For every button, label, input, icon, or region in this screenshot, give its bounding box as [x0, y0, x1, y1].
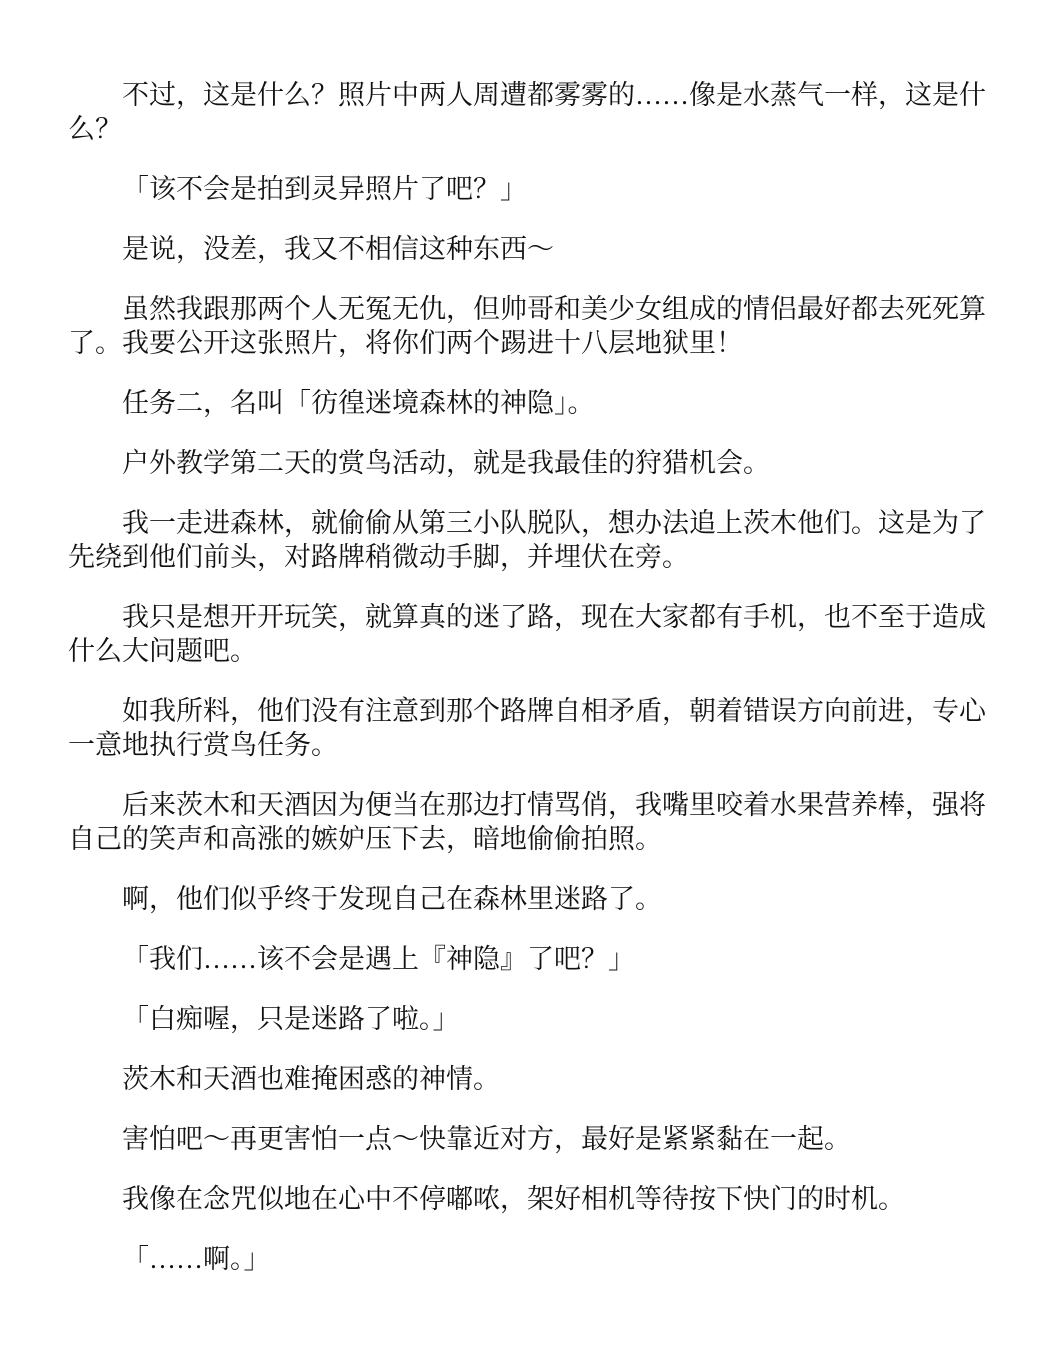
paragraph: 啊，他们似乎终于发现自己在森林里迷路了。: [68, 882, 986, 916]
paragraph: 后来茨木和天酒因为便当在那边打情骂俏，我嘴里咬着水果营养棒，强将自己的笑声和高涨…: [68, 788, 986, 856]
paragraph: 我像在念咒似地在心中不停嘟哝，架好相机等待按下快门的时机。: [68, 1182, 986, 1216]
paragraph: 「……啊。」: [68, 1242, 986, 1276]
ebook-page: 不过，这是什么？照片中两人周遭都雾雾的……像是水蒸气一样，这是什么？ 「该不会是…: [0, 0, 1046, 1354]
paragraph: 是说，没差，我又不相信这种东西～: [68, 232, 986, 266]
paragraph: 茨木和天酒也难掩困惑的神情。: [68, 1062, 986, 1096]
paragraph: 「白痴喔，只是迷路了啦。」: [68, 1002, 986, 1036]
paragraph: 任务二，名叫「彷徨迷境森林的神隐」。: [68, 386, 986, 420]
paragraph: 虽然我跟那两个人无冤无仇，但帅哥和美少女组成的情侣最好都去死死算了。我要公开这张…: [68, 292, 986, 360]
paragraph: 如我所料，他们没有注意到那个路牌自相矛盾，朝着错误方向前进，专心一意地执行赏鸟任…: [68, 694, 986, 762]
paragraph: 我一走进森林，就偷偷从第三小队脱队，想办法追上茨木他们。这是为了先绕到他们前头，…: [68, 506, 986, 574]
novel-text-block: 不过，这是什么？照片中两人周遭都雾雾的……像是水蒸气一样，这是什么？ 「该不会是…: [68, 78, 986, 1276]
paragraph: 害怕吧～再更害怕一点～快靠近对方，最好是紧紧黏在一起。: [68, 1122, 986, 1156]
paragraph: 「我们……该不会是遇上『神隐』了吧？」: [68, 942, 986, 976]
paragraph: 「该不会是拍到灵异照片了吧？」: [68, 172, 986, 206]
paragraph: 不过，这是什么？照片中两人周遭都雾雾的……像是水蒸气一样，这是什么？: [68, 78, 986, 146]
paragraph: 我只是想开开玩笑，就算真的迷了路，现在大家都有手机，也不至于造成什么大问题吧。: [68, 600, 986, 668]
paragraph: 户外教学第二天的赏鸟活动，就是我最佳的狩猎机会。: [68, 446, 986, 480]
